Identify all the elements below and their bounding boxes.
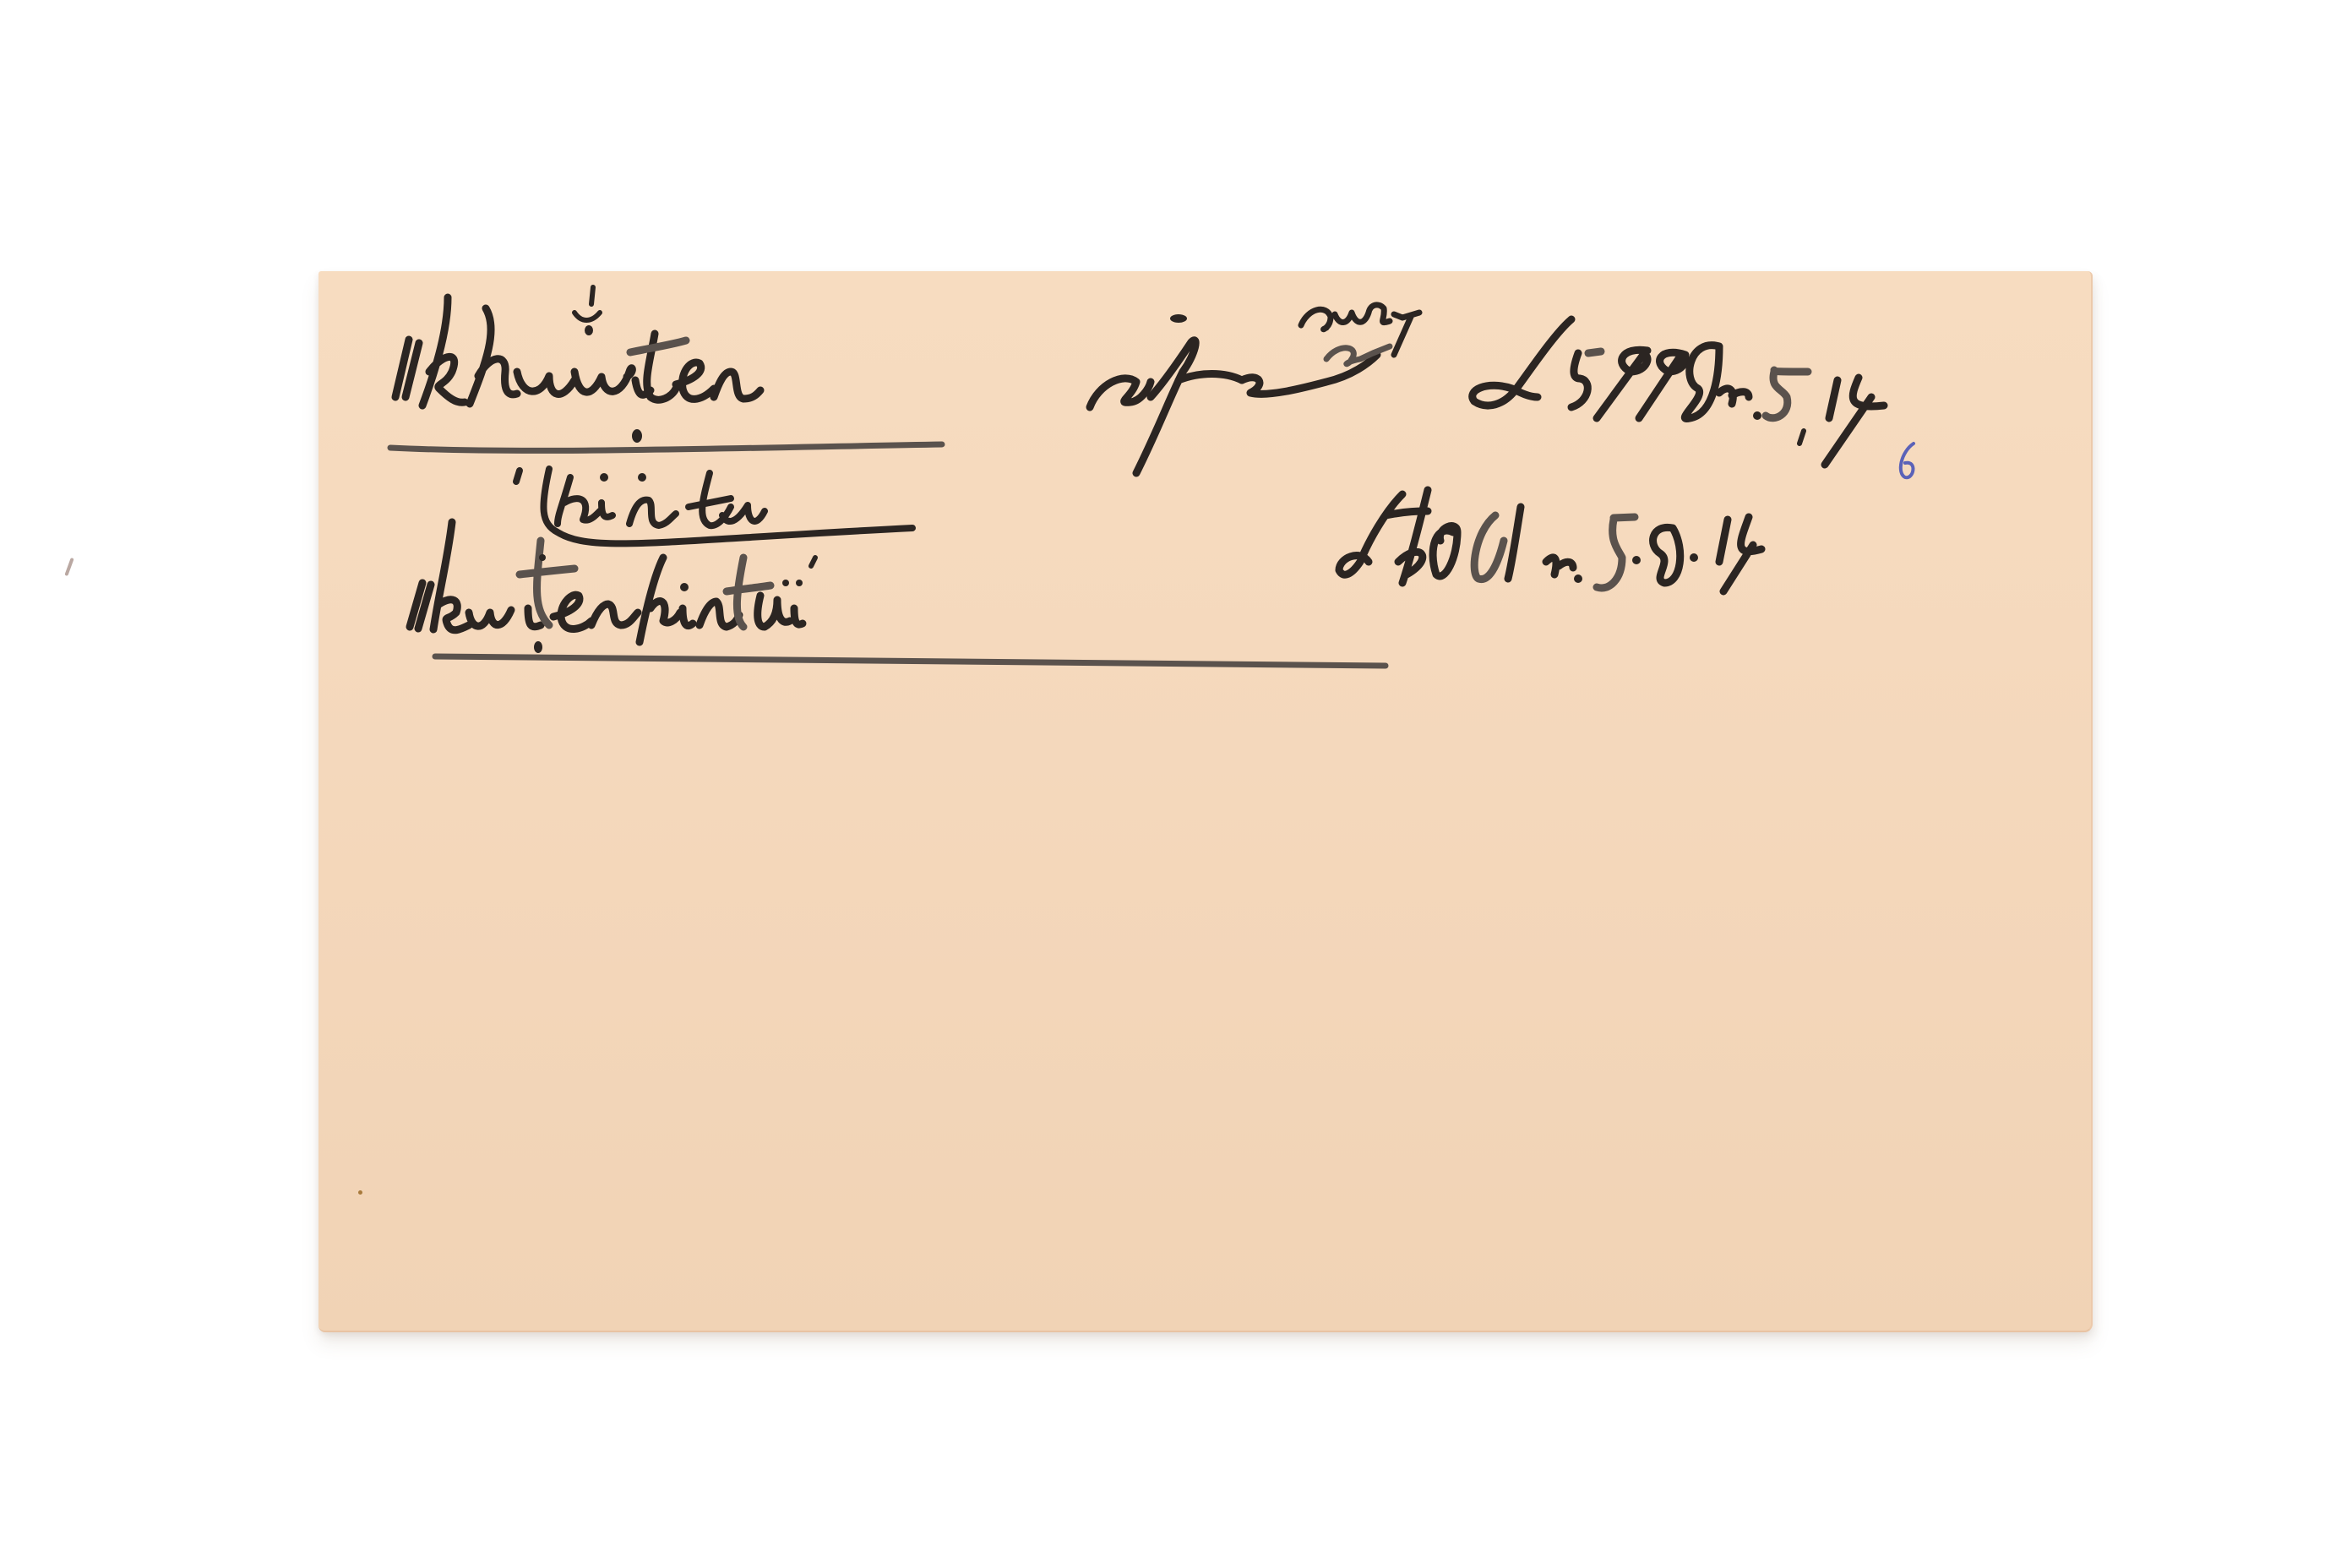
entry-2-headword: ||kwĭten <box>397 524 777 632</box>
paper-speck <box>358 1190 362 1195</box>
entry-1-gloss-correction: away <box>1301 279 1407 326</box>
background-speck <box>64 558 73 576</box>
entry-1-headword: ||khuĭten <box>384 317 805 425</box>
entry-1-gloss: isper <box>1090 329 1304 428</box>
pencil-annotation: 6 <box>1876 439 1897 478</box>
entry-2-reference: L 8001 r. 5. 8. 14 <box>1339 486 2072 585</box>
photo-stage: ||khuĭten isper away L 5998 r. 5. 14 hin… <box>0 0 2352 1568</box>
entry-1-reference: L 5998 r. 5. 14 <box>1466 329 2090 428</box>
index-card <box>318 271 2093 1332</box>
